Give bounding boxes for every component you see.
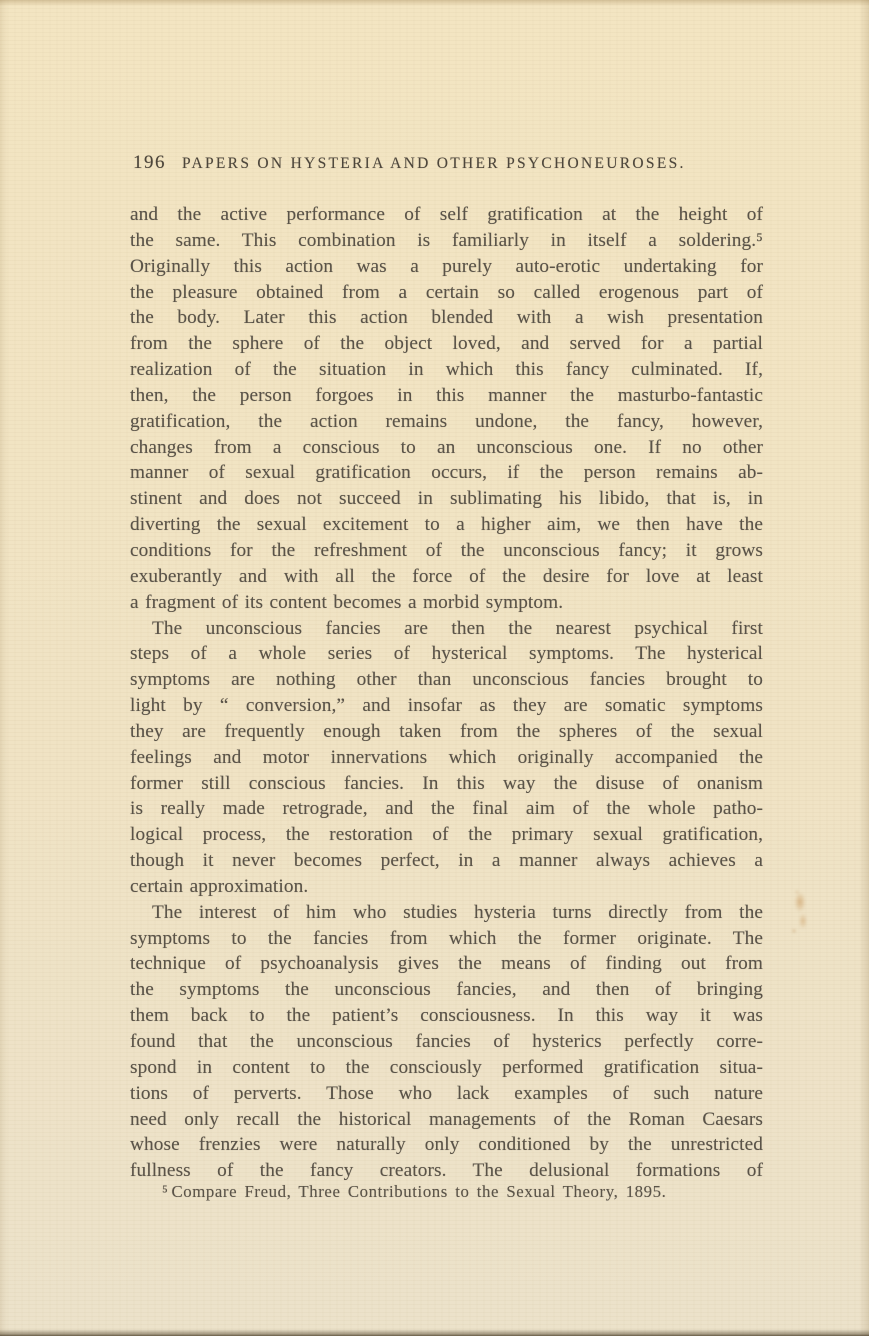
text-line: changes from a conscious to an unconscio… <box>130 435 763 461</box>
page-number: 196 <box>133 152 166 174</box>
text-line: certain approximation. <box>130 874 763 900</box>
text-line: the pleasure obtained from a certain so … <box>130 280 763 306</box>
text-line: need only recall the historical manageme… <box>130 1107 763 1133</box>
text-line: then, the person forgoes in this manner … <box>130 383 763 409</box>
text-line: manner of sexual gratification occurs, i… <box>130 460 763 486</box>
text-line: the symptoms the unconscious fancies, an… <box>130 977 763 1003</box>
text-line: former still conscious fancies. In this … <box>130 771 763 797</box>
text-line: whose frenzies were naturally only condi… <box>130 1132 763 1158</box>
scan-edge-top <box>0 0 869 6</box>
text-line: found that the unconscious fancies of hy… <box>130 1029 763 1055</box>
text-line: feelings and motor innervations which or… <box>130 745 763 771</box>
scanned-book-page: 196 PAPERS ON HYSTERIA AND OTHER PSYCHON… <box>0 0 869 1336</box>
text-line: conditions for the refreshment of the un… <box>130 538 763 564</box>
text-line: is really made retrograde, and the final… <box>130 796 763 822</box>
text-line: exuberantly and with all the force of th… <box>130 564 763 590</box>
text-line: the body. Later this action blended with… <box>130 305 763 331</box>
text-line: symptoms are nothing other than unconsci… <box>130 667 763 693</box>
text-line: technique of psychoanalysis gives the me… <box>130 951 763 977</box>
body-text: and the active performance of self grati… <box>130 202 763 1184</box>
paragraph: The unconscious fancies are then the nea… <box>130 616 763 900</box>
text-line: spond in content to the consciously perf… <box>130 1055 763 1081</box>
text-line: gratification, the action remains undone… <box>130 409 763 435</box>
scan-edge-bottom <box>0 1329 869 1336</box>
paper-stain <box>789 884 817 944</box>
footnote: ⁵Compare Freud, Three Contributions to t… <box>130 1181 770 1203</box>
text-line: they are frequently enough taken from th… <box>130 719 763 745</box>
text-line: a fragment of its content becomes a morb… <box>130 590 763 616</box>
text-line: The unconscious fancies are then the nea… <box>130 616 763 642</box>
text-line: The interest of him who studies hysteria… <box>130 900 763 926</box>
text-line: realization of the situation in which th… <box>130 357 763 383</box>
text-line: the same. This combination is familiarly… <box>130 228 763 254</box>
running-header: 196 PAPERS ON HYSTERIA AND OTHER PSYCHON… <box>133 152 779 174</box>
text-line: from the sphere of the object loved, and… <box>130 331 763 357</box>
text-line: and the active performance of self grati… <box>130 202 763 228</box>
footnote-text: Compare Freud, Three Contributions to th… <box>171 1182 666 1201</box>
text-line: symptoms to the fancies from which the f… <box>130 926 763 952</box>
text-line: steps of a whole series of hysterical sy… <box>130 641 763 667</box>
paragraph: and the active performance of self grati… <box>130 202 763 616</box>
text-line: diverting the sexual excitement to a hig… <box>130 512 763 538</box>
text-line: Originally this action was a purely auto… <box>130 254 763 280</box>
text-line: them back to the patient’s consciousness… <box>130 1003 763 1029</box>
text-line: tions of perverts. Those who lack exampl… <box>130 1081 763 1107</box>
running-title: PAPERS ON HYSTERIA AND OTHER PSYCHONEURO… <box>182 155 686 173</box>
text-line: though it never becomes perfect, in a ma… <box>130 848 763 874</box>
text-line: light by “ conversion,” and insofar as t… <box>130 693 763 719</box>
text-line: stinent and does not succeed in sublimat… <box>130 486 763 512</box>
scan-edge-left <box>0 0 8 1336</box>
footnote-marker: ⁵ <box>162 1182 168 1201</box>
text-line: logical process, the restoration of the … <box>130 822 763 848</box>
paragraph: The interest of him who studies hysteria… <box>130 900 763 1184</box>
scan-edge-right <box>859 0 869 1336</box>
